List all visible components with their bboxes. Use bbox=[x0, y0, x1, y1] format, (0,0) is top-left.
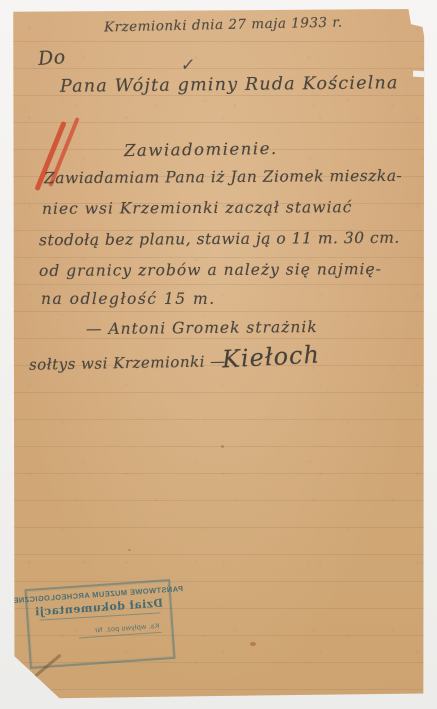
paper-blemish bbox=[250, 642, 256, 646]
body-line-1: Zawiadamiam Pana iż Jan Ziomek mieszka- bbox=[44, 167, 402, 188]
checkmark-annotation: ✓ bbox=[179, 54, 195, 74]
body-line-4: od granicy zrobów a należy się najmię- bbox=[39, 260, 382, 280]
paper-blemish bbox=[221, 445, 224, 448]
letter-paper: Krzemionki dnia 27 maja 1933 r. Do ✓ Pan… bbox=[12, 9, 425, 699]
paper-blemish bbox=[128, 549, 131, 551]
salutation: Do bbox=[37, 46, 66, 70]
letter-title: Zawiadomienie. bbox=[124, 139, 278, 160]
body-line-2: niec wsi Krzemionki zaczął stawiać bbox=[42, 198, 353, 218]
dateline: Krzemionki dnia 27 maja 1933 r. bbox=[104, 15, 343, 36]
museum-stamp-bleedthrough: PAŃSTWOWE MUZEUM ARCHEOLOGICZNE Dział do… bbox=[24, 579, 175, 669]
signature-role-line: — Antoni Gromek strażnik bbox=[86, 318, 318, 338]
body-line-3: stodołą bez planu, stawia ją o 11 m. 30 … bbox=[39, 229, 400, 250]
signature-title-line: sołtys wsi Krzemionki — bbox=[29, 352, 226, 373]
addressee-line: Pana Wójta gminy Ruda Kościelna bbox=[60, 73, 399, 97]
stamp-register-line bbox=[79, 632, 162, 639]
stamp-mirrored-content: PAŃSTWOWE MUZEUM ARCHEOLOGICZNE Dział do… bbox=[29, 582, 172, 665]
signature-name: Kiełoch bbox=[221, 340, 320, 373]
body-line-5: na odległość 15 m. bbox=[41, 290, 216, 308]
